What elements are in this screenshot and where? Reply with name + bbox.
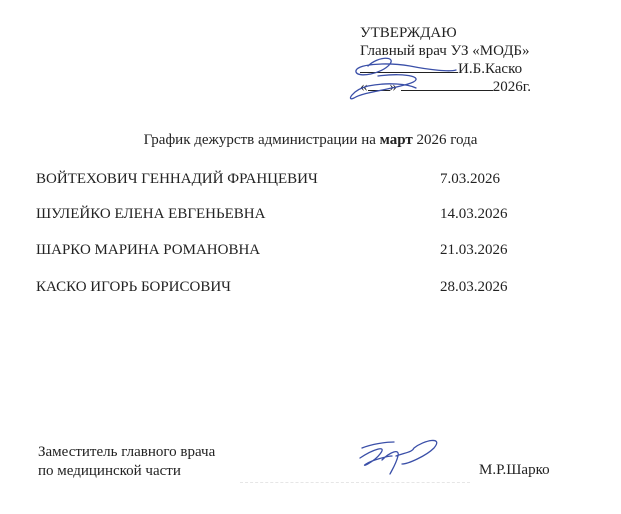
deputy-signature-icon bbox=[352, 434, 448, 476]
duty-date: 21.03.2026 bbox=[440, 242, 508, 259]
title-suffix: 2026 года bbox=[413, 132, 478, 148]
footer-signatory: М.Р.Шарко bbox=[479, 462, 550, 479]
footer-position: Заместитель главного врача по медицинско… bbox=[38, 443, 215, 481]
scan-artifact-line bbox=[240, 482, 470, 483]
footer-position-line2: по медицинской части bbox=[38, 462, 215, 481]
day-blank bbox=[368, 78, 390, 91]
title-month: март bbox=[380, 132, 413, 148]
duty-person-name: ШАРКО МАРИНА РОМАНОВНА bbox=[36, 242, 260, 259]
approval-block: УТВЕРЖДАЮ Главный врач УЗ «МОДБ» И.Б.Кас… bbox=[360, 24, 531, 96]
month-blank bbox=[401, 78, 493, 91]
approval-year: 2026г. bbox=[493, 79, 531, 95]
approval-date-line: «» 2026г. bbox=[360, 78, 531, 96]
approval-signatory: И.Б.Каско bbox=[458, 61, 522, 77]
date-open-quote: « bbox=[360, 79, 368, 95]
duty-person-name: ВОЙТЕХОВИЧ ГЕННАДИЙ ФРАНЦЕВИЧ bbox=[36, 171, 318, 188]
duty-person-name: КАСКО ИГОРЬ БОРИСОВИЧ bbox=[36, 279, 231, 296]
duty-date: 28.03.2026 bbox=[440, 279, 508, 296]
document-title: График дежурств администрации на март 20… bbox=[0, 132, 621, 149]
approval-heading: УТВЕРЖДАЮ bbox=[360, 24, 531, 42]
document-page: УТВЕРЖДАЮ Главный врач УЗ «МОДБ» И.Б.Кас… bbox=[0, 0, 621, 514]
duty-date: 7.03.2026 bbox=[440, 171, 500, 188]
approval-signatory-line: И.Б.Каско bbox=[360, 60, 531, 78]
duty-person-name: ШУЛЕЙКО ЕЛЕНА ЕВГЕНЬЕВНА bbox=[36, 206, 265, 223]
signature-blank bbox=[360, 60, 458, 73]
footer-position-line1: Заместитель главного врача bbox=[38, 443, 215, 462]
duty-date: 14.03.2026 bbox=[440, 206, 508, 223]
title-prefix: График дежурств администрации на bbox=[144, 132, 380, 148]
approval-position: Главный врач УЗ «МОДБ» bbox=[360, 42, 531, 60]
date-close-quote: » bbox=[390, 79, 398, 95]
